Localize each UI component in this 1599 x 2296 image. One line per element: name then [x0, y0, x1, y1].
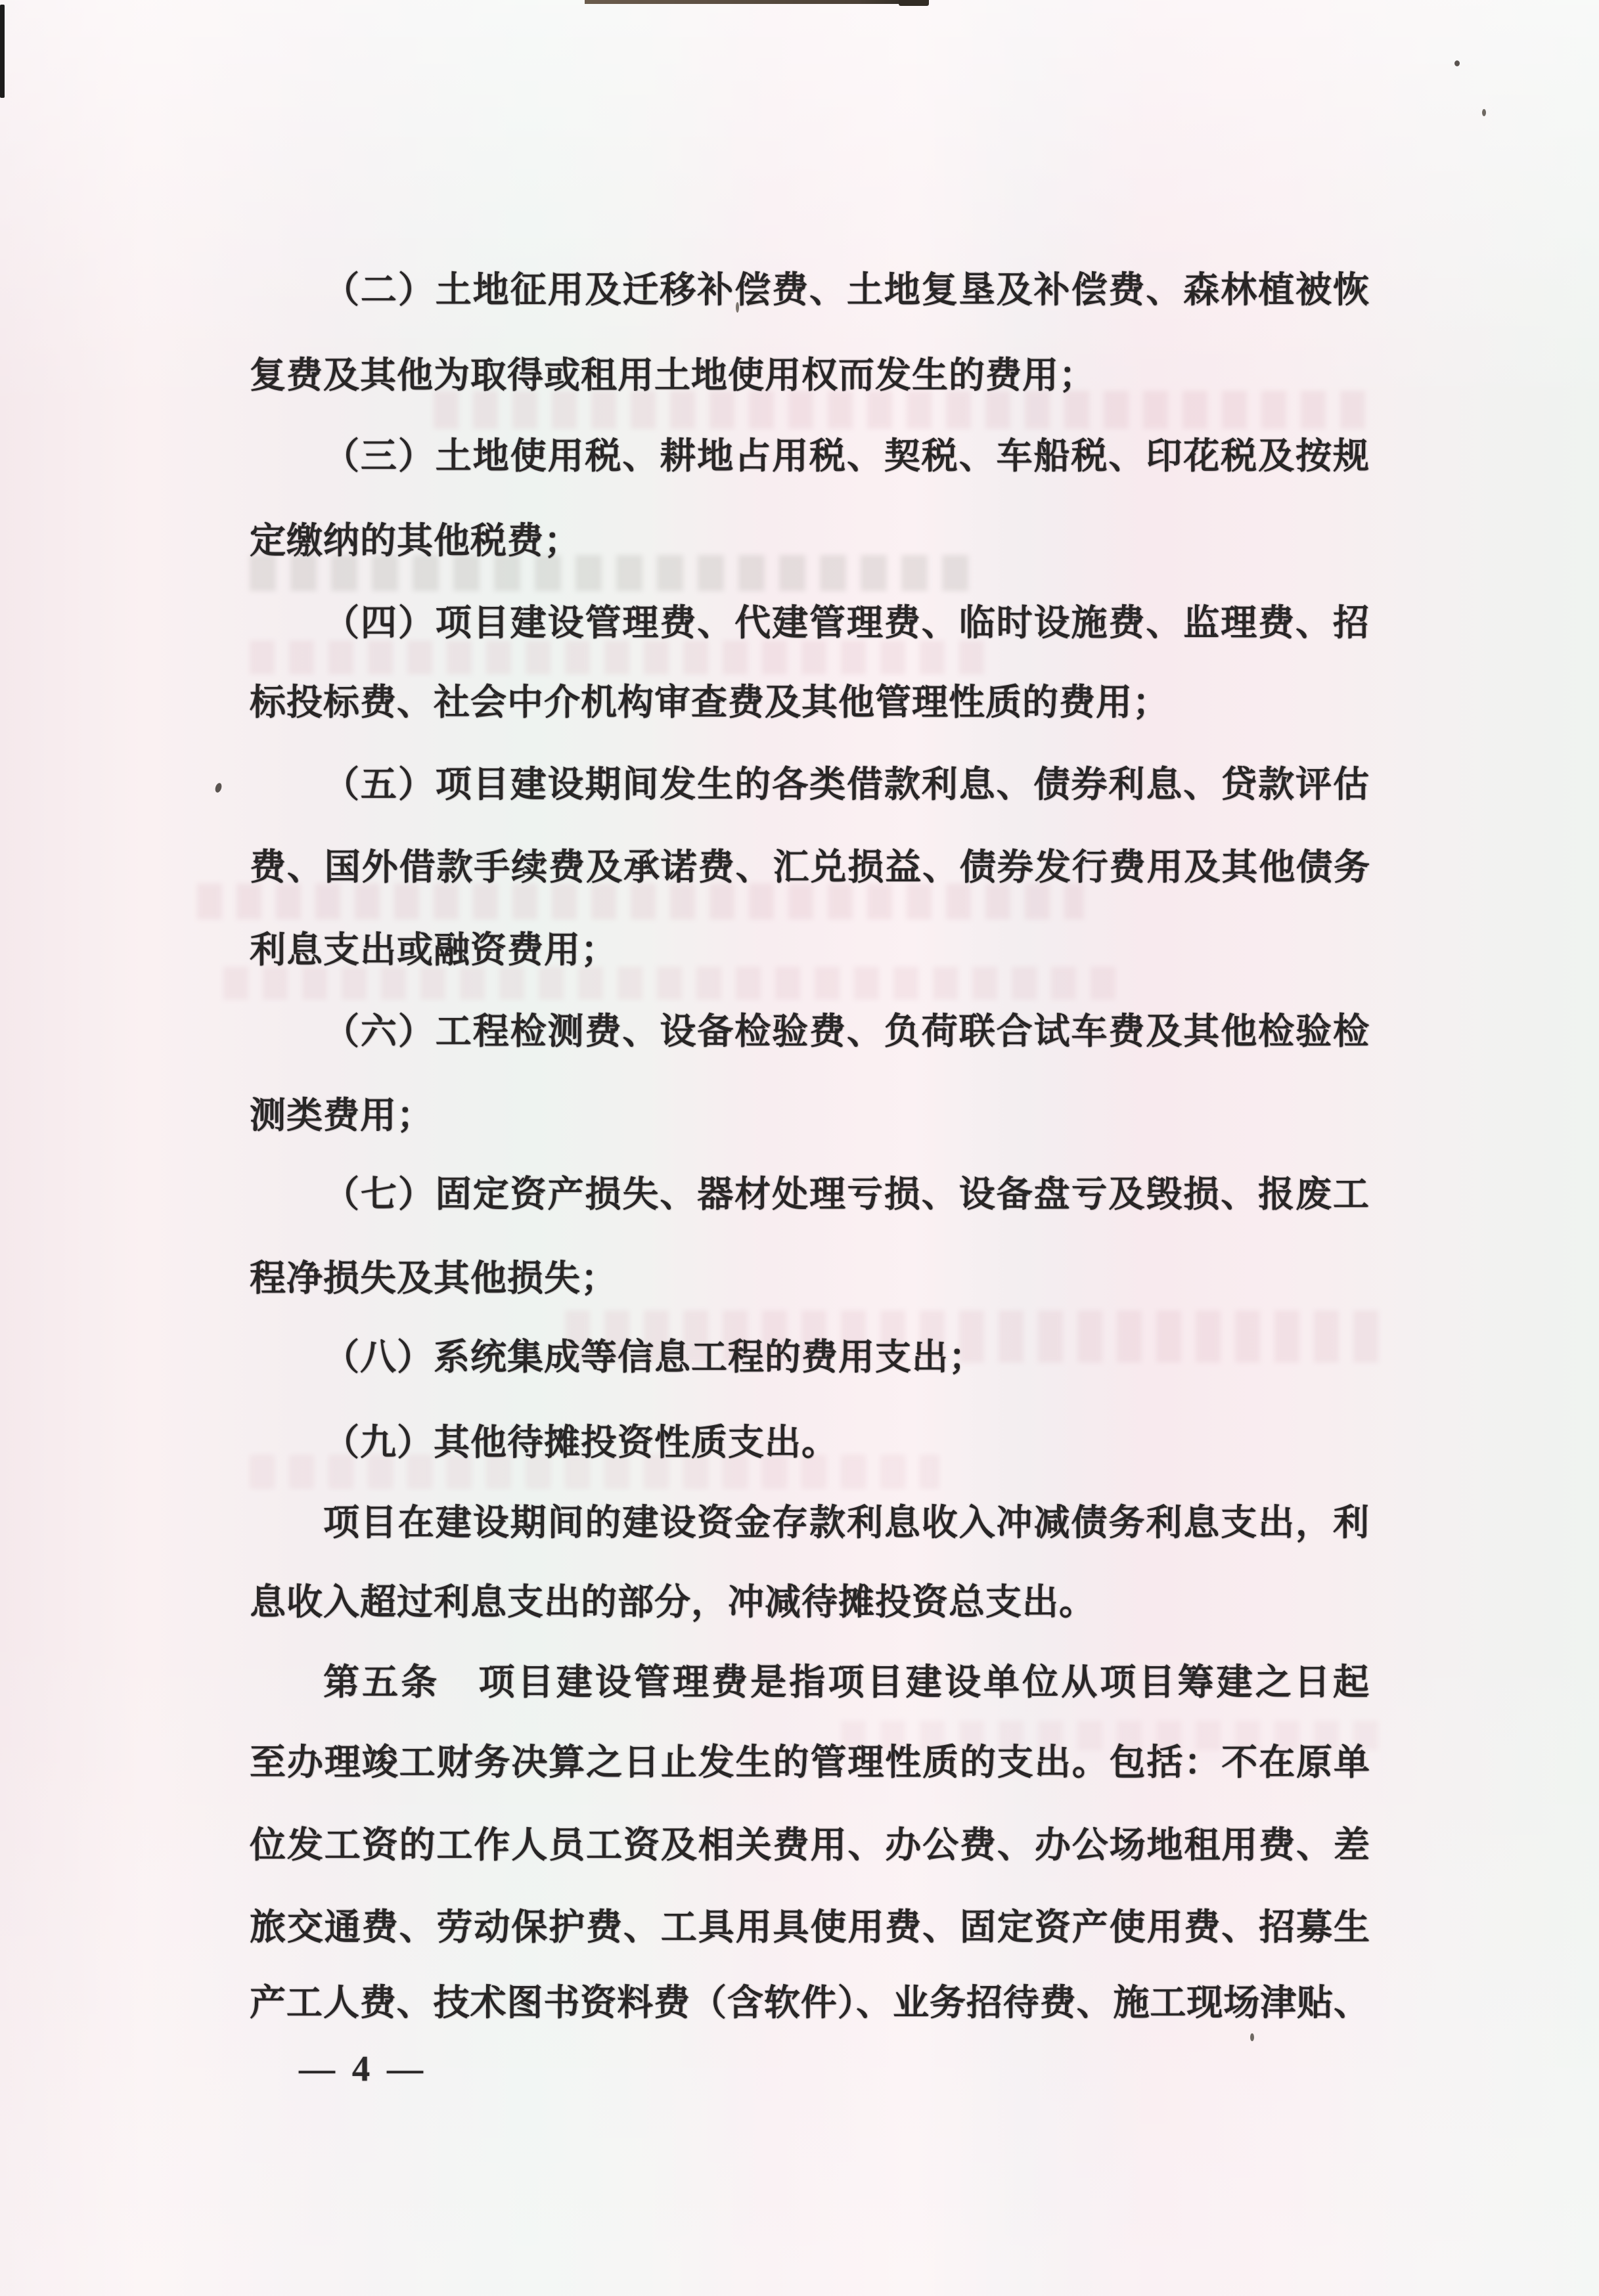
article-5-line-3: 位发工资的工作人员工资及相关费用、办公费、办公场地租用费、差 [250, 1821, 1370, 1870]
clause-5-line-1: （五）项目建设期间发生的各类借款利息、债券利息、贷款评估 [250, 761, 1370, 809]
clause-8-line-1: （八）系统集成等信息工程的费用支出； [250, 1333, 1370, 1382]
scan-edge-artifact [585, 0, 926, 4]
clause-6-line-1: （六）工程检测费、设备检验费、负荷联合试车费及其他检验检 [250, 1007, 1370, 1056]
article-5-line-2: 至办理竣工财务决算之日止发生的管理性质的支出。包括：不在原单 [250, 1738, 1370, 1787]
clause-7-line-1: （七）固定资产损失、器材处理亏损、设备盘亏及毁损、报废工 [250, 1170, 1370, 1219]
clause-6-line-2: 测类费用； [250, 1092, 1370, 1140]
clause-5-line-2: 费、国外借款手续费及承诺费、汇兑损益、债券发行费用及其他债务 [250, 843, 1370, 892]
scan-speck [1482, 109, 1486, 116]
interest-para-line-1: 项目在建设期间的建设资金存款利息收入冲减债务利息支出，利 [250, 1499, 1370, 1547]
clause-3-line-1: （三）土地使用税、耕地占用税、契税、车船税、印花税及按规 [250, 432, 1370, 481]
clause-2-line-1: （二）土地征用及迁移补偿费、土地复垦及补偿费、森林植被恢 [250, 266, 1370, 315]
article-5-line-4: 旅交通费、劳动保护费、工具用具使用费、固定资产使用费、招募生 [250, 1903, 1370, 1952]
article-5-line-1: 第五条 项目建设管理费是指项目建设单位从项目筹建之日起 [250, 1658, 1370, 1707]
clause-7-line-2: 程净损失及其他损失； [250, 1254, 1370, 1303]
scan-edge-artifact [899, 0, 929, 6]
page-number: — 4 — [299, 2048, 427, 2089]
interest-para-line-2: 息收入超过利息支出的部分，冲减待摊投资总支出。 [250, 1578, 1370, 1627]
article-5-line-5: 产工人费、技术图书资料费（含软件）、业务招待费、施工现场津贴、 [250, 1979, 1370, 2027]
scan-speck [214, 782, 223, 793]
scan-speck [1250, 2033, 1254, 2041]
scan-speck [1454, 60, 1460, 66]
clause-9-line-1: （九）其他待摊投资性质支出。 [250, 1419, 1370, 1467]
scanned-document-page: （二）土地征用及迁移补偿费、土地复垦及补偿费、森林植被恢 复费及其他为取得或租用… [0, 0, 1599, 2296]
clause-3-line-2: 定缴纳的其他税费； [250, 517, 1370, 565]
scan-edge-artifact [0, 5, 5, 98]
clause-5-line-3: 利息支出或融资费用； [250, 926, 1370, 975]
clause-4-line-1: （四）项目建设管理费、代建管理费、临时设施费、监理费、招 [250, 599, 1370, 648]
clause-2-line-2: 复费及其他为取得或租用土地使用权而发生的费用； [250, 351, 1370, 400]
clause-4-line-2: 标投标费、社会中介机构审查费及其他管理性质的费用； [250, 678, 1370, 727]
